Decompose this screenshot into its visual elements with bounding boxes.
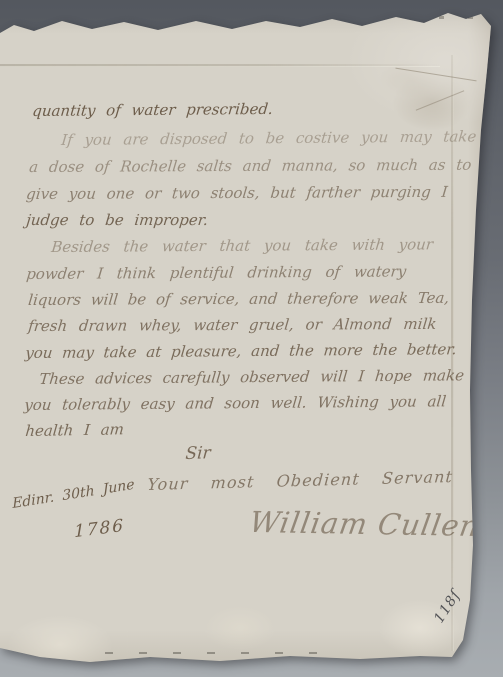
body-line-8: liquors will be of service, and therefor… [28,291,450,308]
body-line-7: powder I think plentiful drinking of wat… [26,264,407,282]
valediction: Your most Obedient Servant [147,469,454,493]
repair-tear-line [416,90,465,110]
body-line-11: These advices carefully observed will I … [39,368,465,387]
salutation: Sir [185,445,211,463]
body-line-4: give you one or two stools, but farther … [26,185,449,202]
worn-bottom-edge [105,652,340,654]
folio-number: 118ſ [432,588,463,626]
body-line-12: you tolerably easy and soon well. Wishin… [24,394,447,413]
dateline-place: Edinr. 30th June [12,478,135,511]
dateline-year: 1786 [74,518,125,541]
photograph-background: quantity of water prescribed.If you are … [0,0,503,677]
letter-page: quantity of water prescribed.If you are … [0,0,503,677]
repair-tear-line [395,68,476,82]
body-line-1: quantity of water prescribed. [32,102,274,119]
body-line-13: health I am [25,422,125,439]
body-line-6: Besides the water that you take with you… [51,237,434,255]
signature: William Cullen [247,508,481,541]
body-line-9: fresh drawn whey, water gruel, or Almond… [28,317,438,334]
body-line-10: you may take at pleasure, and the more t… [25,342,458,361]
horizontal-crease [0,64,440,67]
body-line-5: judge to be improper. [25,213,208,228]
body-line-2: If you are disposed to be costive you ma… [61,129,477,148]
body-line-3: a dose of Rochelle salts and manna, so m… [29,158,473,175]
torn-top-edge [4,16,474,19]
letter-page-wrapper: quantity of water prescribed.If you are … [0,0,503,677]
